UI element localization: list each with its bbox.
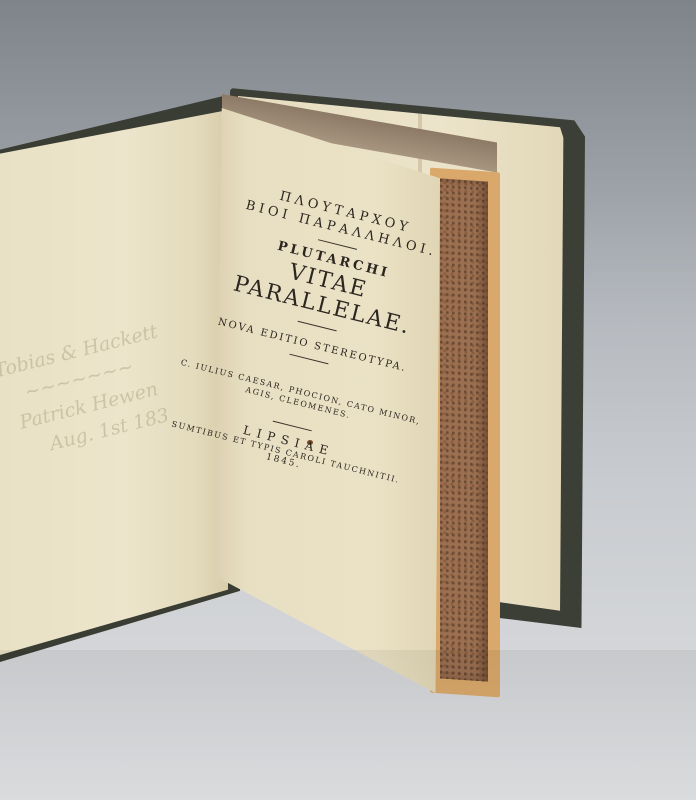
ornamental-rule — [273, 421, 312, 432]
rule-divider — [289, 354, 328, 365]
rule-divider — [298, 321, 337, 332]
table-surface — [0, 650, 696, 800]
rule-divider — [318, 239, 357, 250]
photo-scene: Tobias & Hackett ~~~~~~~ Patrick Hewen A… — [0, 0, 696, 800]
